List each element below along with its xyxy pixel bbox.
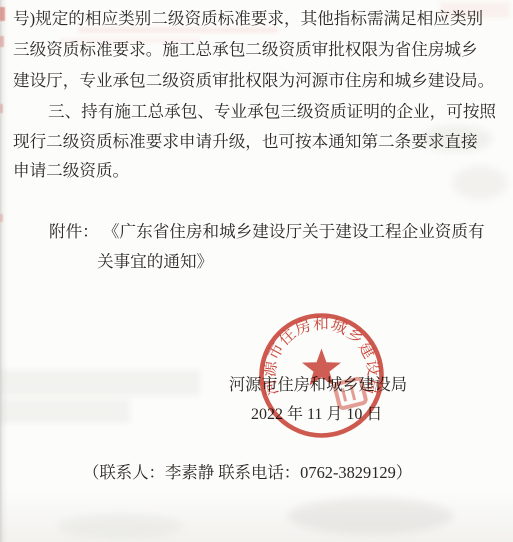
- scan-edge-shadow: [0, 0, 8, 542]
- scan-noise-blob: [452, 166, 508, 200]
- contact-info: （联系人：李素静 联系电话：0762-3829129）: [83, 463, 412, 483]
- red-bleed-mark: [0, 36, 4, 47]
- body-line: 三、持有施工总承包、专业承包三级资质证明的企业，可按照: [48, 102, 496, 122]
- issue-date: 2022 年 11 月 10 日: [251, 405, 382, 425]
- body-line: 现行二级资质标准要求申请升级，也可按本通知第二条要求直接: [13, 132, 478, 152]
- body-line: 号)规定的相应类别二级资质标准要求，其他指标需满足相应类别: [13, 9, 483, 29]
- bleed-through-ghost-text: [0, 399, 130, 423]
- attachment-line: 附件： 《广东省住房和城乡建设厅关于建设工程企业资质有: [49, 222, 485, 242]
- body-line: 建设厅，专业承包二级资质审批权限为河源市住房和城乡建设局。: [13, 71, 494, 91]
- scan-noise-blob: [288, 498, 453, 534]
- red-bleed-mark: [0, 214, 3, 222]
- scan-bottom-shadow: [0, 490, 513, 542]
- red-bleed-mark: [0, 7, 5, 21]
- scanned-document-page: 号)规定的相应类别二级资质标准要求，其他指标需满足相应类别 三级资质标准要求。施…: [0, 0, 513, 542]
- scan-noise-blob: [58, 514, 183, 538]
- red-bleed-mark: [0, 104, 3, 113]
- issuer-name: 河源市住房和城乡建设局: [229, 375, 407, 395]
- attachment-line: 关事宜的通知》: [97, 252, 213, 272]
- bleed-through-ghost-text: [0, 370, 200, 396]
- body-line: 三级资质标准要求。施工总承包二级资质审批权限为省住房城乡: [13, 40, 478, 60]
- body-line: 申请二级资质。: [13, 161, 129, 181]
